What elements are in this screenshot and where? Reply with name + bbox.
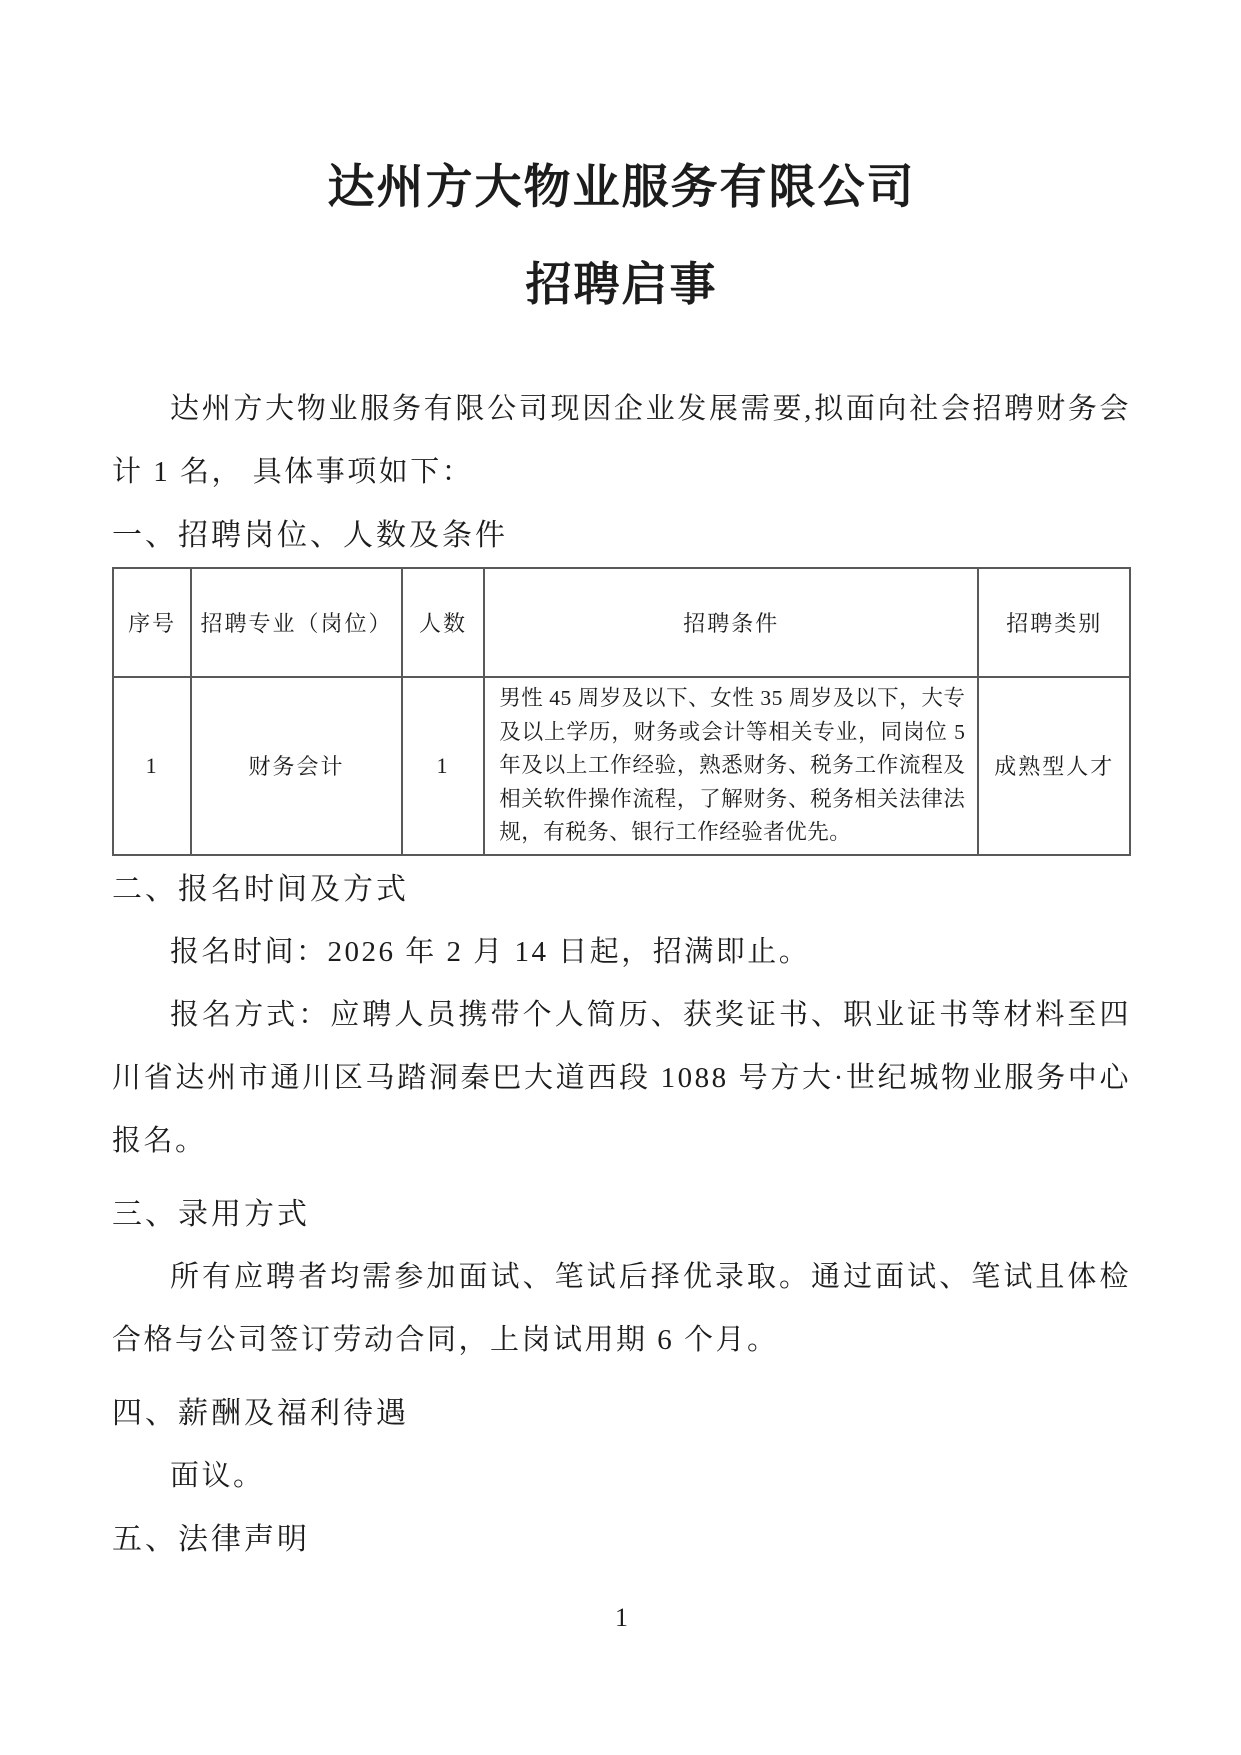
section3-heading: 三、录用方式 [112,1183,1131,1246]
column-header-requirements: 招聘条件 [484,568,978,677]
table-row: 1 财务会计 1 男性 45 周岁及以下、女性 35 周岁及以下，大专及以上学历… [113,677,1130,855]
intro-paragraph: 达州方大物业服务有限公司现因企业发展需要,拟面向社会招聘财务会计 1 名， 具体… [112,378,1131,504]
section1-heading: 一、招聘岗位、人数及条件 [112,504,1131,567]
section5-heading: 五、法律声明 [112,1508,1131,1571]
cell-category: 成熟型人才 [978,677,1130,855]
document-title: 达州方大物业服务有限公司 [112,160,1131,216]
section2-paragraph-time: 报名时间：2026 年 2 月 14 日起，招满即止。 [112,921,1131,984]
recruitment-table: 序号 招聘专业（岗位） 人数 招聘条件 招聘类别 1 财务会计 1 男性 45 … [112,567,1131,856]
cell-position: 财务会计 [191,677,402,855]
cell-headcount: 1 [402,677,484,855]
document-page: 达州方大物业服务有限公司 招聘启事 达州方大物业服务有限公司现因企业发展需要,拟… [0,0,1241,1755]
section4-heading: 四、薪酬及福利待遇 [112,1382,1131,1445]
column-header-category: 招聘类别 [978,568,1130,677]
column-header-serial: 序号 [113,568,191,677]
document-subtitle: 招聘启事 [112,256,1131,312]
page-number: 1 [112,1603,1131,1633]
cell-requirements: 男性 45 周岁及以下、女性 35 周岁及以下，大专及以上学历，财务或会计等相关… [484,677,978,855]
column-header-headcount: 人数 [402,568,484,677]
section2-heading: 二、报名时间及方式 [112,858,1131,921]
column-header-position: 招聘专业（岗位） [191,568,402,677]
table-header-row: 序号 招聘专业（岗位） 人数 招聘条件 招聘类别 [113,568,1130,677]
section4-paragraph: 面议。 [112,1445,1131,1508]
section2-paragraph-method: 报名方式：应聘人员携带个人简历、获奖证书、职业证书等材料至四川省达州市通川区马踏… [112,984,1131,1173]
cell-serial: 1 [113,677,191,855]
section3-paragraph: 所有应聘者均需参加面试、笔试后择优录取。通过面试、笔试且体检合格与公司签订劳动合… [112,1246,1131,1372]
